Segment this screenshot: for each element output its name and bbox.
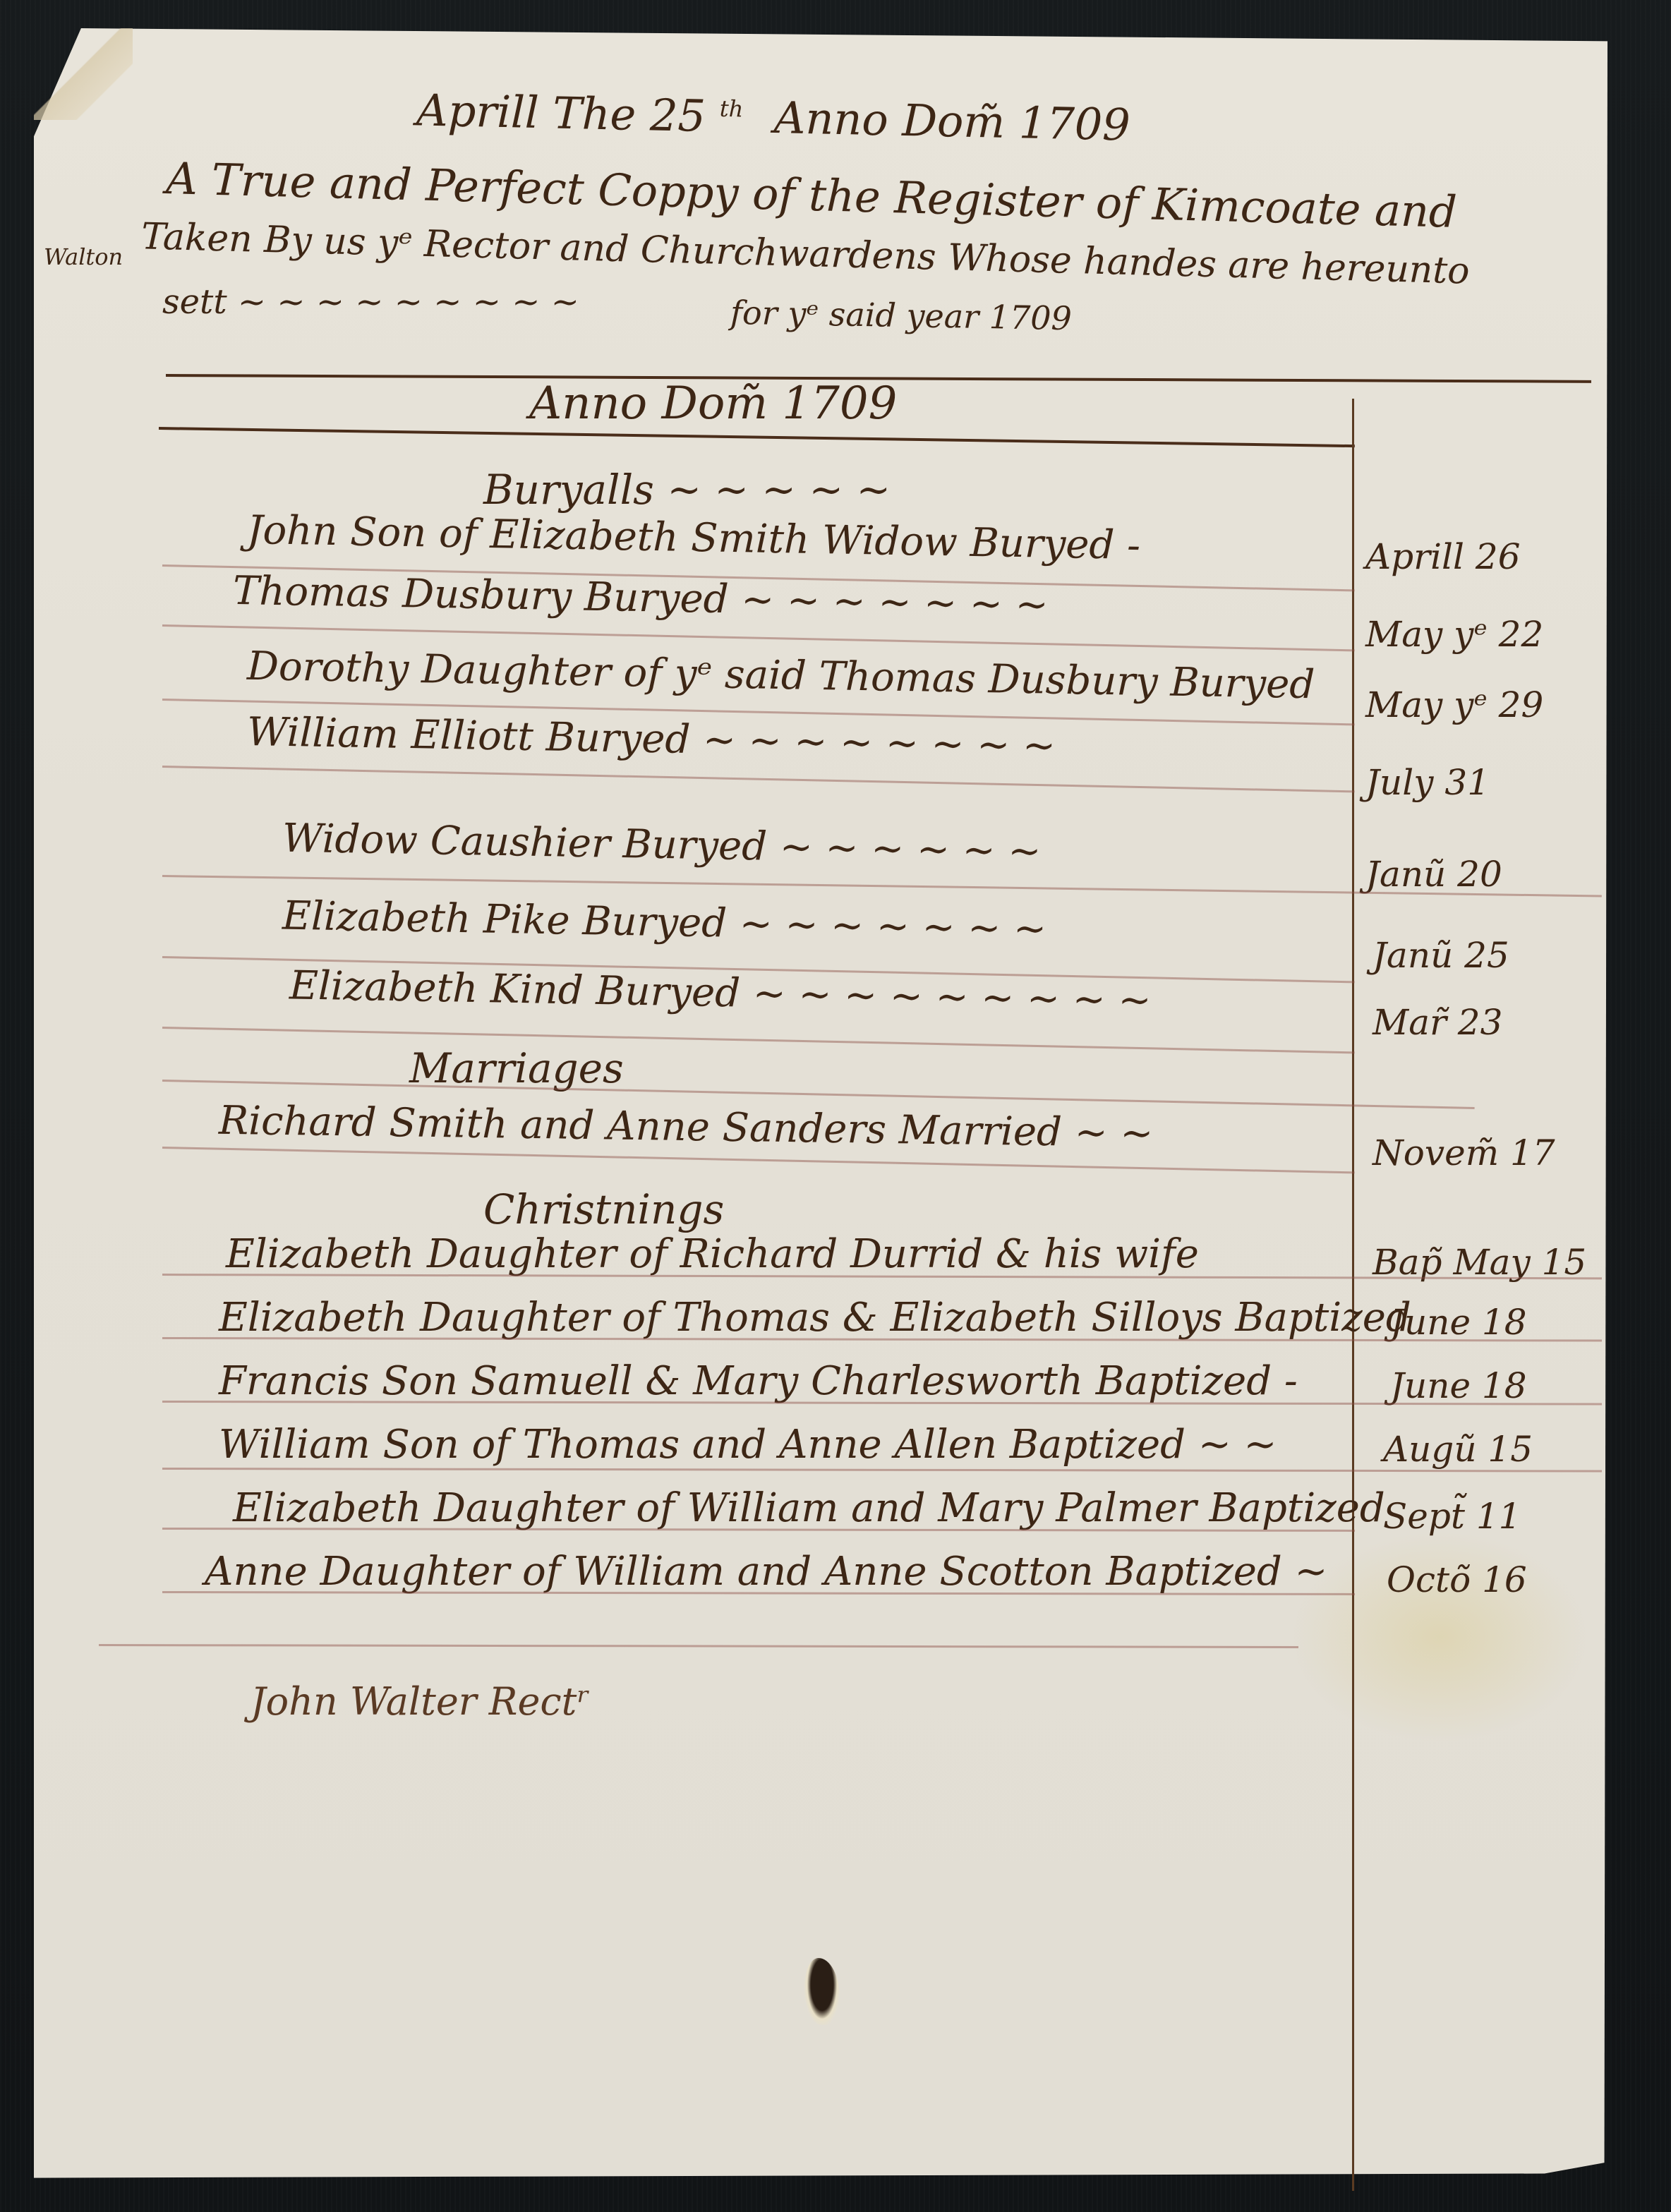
rector-signature: John Walter Rectʳ xyxy=(251,1679,590,1724)
burial-date: July 31 xyxy=(1365,762,1490,803)
christening-date: Octõ 16 xyxy=(1387,1559,1527,1600)
section-title-burials: Buryalls ~ ~ ~ ~ ~ xyxy=(483,466,891,514)
burial-date: May yᵉ 29 xyxy=(1365,684,1543,725)
burial-date: Janũ 20 xyxy=(1365,854,1502,895)
christening-date: Augũ 15 xyxy=(1383,1429,1533,1470)
christening-date: June 18 xyxy=(1390,1302,1527,1343)
christening-date: Sept̃ 11 xyxy=(1383,1496,1521,1537)
date-line-text: Aprill The 25 xyxy=(416,84,706,142)
heading-line-4-left: sett ~ ~ ~ ~ ~ ~ ~ ~ ~ xyxy=(162,282,579,322)
burial-date: Aprill 26 xyxy=(1365,536,1521,577)
burial-date: Mar̃ 23 xyxy=(1373,1002,1502,1043)
christening-entry: Elizabeth Daughter of William and Mary P… xyxy=(233,1485,1385,1531)
christening-date: June 18 xyxy=(1390,1365,1527,1406)
marriage-date: Novem̃ 17 xyxy=(1373,1132,1555,1173)
folded-corner xyxy=(34,28,133,120)
date-superscript: th xyxy=(719,95,743,123)
christening-entry: Anne Daughter of William and Anne Scotto… xyxy=(205,1549,1327,1595)
christening-entry: William Son of Thomas and Anne Allen Bap… xyxy=(219,1422,1277,1468)
section-title-christenings: Christnings xyxy=(483,1185,724,1233)
margin-note: Walton xyxy=(44,243,123,270)
date-suffix: Anno Dom̃ 1709 xyxy=(773,92,1130,151)
burial-date: Janũ 25 xyxy=(1373,935,1509,976)
christening-entry: Francis Son Samuell & Mary Charlesworth … xyxy=(219,1358,1298,1404)
register-header: Anno Dom̃ 1709 xyxy=(529,377,897,430)
christening-entry: Elizabeth Daughter of Thomas & Elizabeth… xyxy=(219,1295,1411,1341)
heading-line-4-right: for yᵉ said year 1709 xyxy=(730,294,1073,337)
burial-date: May yᵉ 22 xyxy=(1365,614,1543,655)
christening-entry: Elizabeth Daughter of Richard Durrid & h… xyxy=(226,1231,1199,1277)
